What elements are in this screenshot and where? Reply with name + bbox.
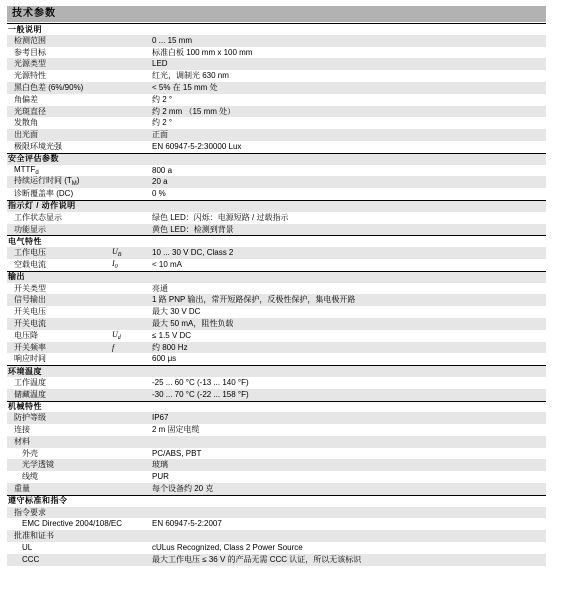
- table-row: 信号输出1 路 PNP 输出，常开短路保护，反极性保护，集电极开路: [7, 294, 546, 306]
- row-label: 空载电流: [7, 259, 112, 271]
- row-label: 防护等级: [7, 412, 112, 424]
- row-value: 约 2 mm （15 mm 处）: [152, 106, 546, 118]
- table-row: 线缆PUR: [7, 471, 546, 483]
- table-row: 诊断覆盖率 (DC)0 %: [7, 188, 546, 200]
- row-label: 光学透镜: [7, 459, 112, 471]
- table-row: 光学透镜玻璃: [7, 459, 546, 471]
- table-row: 响应时间600 μs: [7, 353, 546, 365]
- row-label: 光斑直径: [7, 106, 112, 118]
- row-label: 重量: [7, 483, 112, 495]
- table-row: 材料: [7, 436, 546, 448]
- datasheet-title-bar: 技术参数: [7, 6, 546, 22]
- section-header: 遵守标准和指令: [7, 495, 546, 507]
- row-label: 批准和证书: [7, 530, 112, 542]
- table-row: 角偏差约 2 °: [7, 94, 546, 106]
- table-row: 工作温度-25 ... 60 °C (-13 ... 140 °F): [7, 377, 546, 389]
- row-symbol-subscript: B: [118, 252, 122, 258]
- row-symbol: Ud: [112, 330, 152, 342]
- table-row: 持续运行时间 (TM)20 a: [7, 176, 546, 188]
- table-row: 功能显示黄色 LED：检测到背景: [7, 224, 546, 236]
- row-label: 储藏温度: [7, 389, 112, 401]
- row-label: 参考目标: [7, 47, 112, 59]
- row-label: CCC: [7, 554, 112, 566]
- section-header: 机械特性: [7, 401, 546, 413]
- row-value: 标准白板 100 mm x 100 mm: [152, 47, 546, 59]
- section-title: 遵守标准和指令: [7, 495, 68, 506]
- row-value: EN 60947-5-2:30000 Lux: [152, 141, 546, 153]
- table-row: 出光面正面: [7, 129, 546, 141]
- table-row: MTTFd800 a: [7, 165, 546, 177]
- row-label: 材料: [7, 436, 112, 448]
- table-row: 重量每个设备约 20 克: [7, 483, 546, 495]
- row-value: 约 2 °: [152, 94, 546, 106]
- row-label: 连接: [7, 424, 112, 436]
- section-header: 环境温度: [7, 365, 546, 377]
- row-value: 最大 30 V DC: [152, 306, 546, 318]
- row-value: IP67: [152, 412, 546, 424]
- table-row: 储藏温度-30 ... 70 °C (-22 ... 158 °F): [7, 389, 546, 401]
- table-row: 批准和证书: [7, 530, 546, 542]
- row-value: 玻璃: [152, 459, 546, 471]
- row-value: 每个设备约 20 克: [152, 483, 546, 495]
- row-value: 黄色 LED：检测到背景: [152, 224, 546, 236]
- row-label: 信号输出: [7, 294, 112, 306]
- row-label: 发散角: [7, 117, 112, 129]
- table-row: 连接2 m 固定电缆: [7, 424, 546, 436]
- row-label: 电压降: [7, 330, 112, 342]
- row-symbol: f: [112, 342, 152, 354]
- row-label: 持续运行时间 (TM): [7, 176, 112, 188]
- row-value: 最大 50 mA，阻性负载: [152, 318, 546, 330]
- table-row: 指令要求: [7, 507, 546, 519]
- row-value: EN 60947-5-2:2007: [152, 518, 546, 530]
- row-value: 亮通: [152, 283, 546, 295]
- row-label: 角偏差: [7, 94, 112, 106]
- row-value: cULus Recognized, Class 2 Power Source: [152, 542, 546, 554]
- row-value: 约 800 Hz: [152, 342, 546, 354]
- row-symbol-subscript: 0: [115, 264, 118, 270]
- table-row: 开关频率f约 800 Hz: [7, 342, 546, 354]
- table-row: 开关电压最大 30 V DC: [7, 306, 546, 318]
- row-value: 800 a: [152, 165, 546, 177]
- row-label-subscript: M: [72, 181, 77, 187]
- row-value: PC/ABS, PBT: [152, 448, 546, 460]
- row-label: 开关类型: [7, 283, 112, 295]
- row-value: 20 a: [152, 176, 546, 188]
- table-row: 工作电压UB10 ... 30 V DC, Class 2: [7, 247, 546, 259]
- row-label: 检测范围: [7, 35, 112, 47]
- row-value: 最大工作电压 ≤ 36 V 的产品无需 CCC 认证，所以无该标识: [152, 554, 546, 566]
- section-header: 指示灯 / 动作说明: [7, 200, 546, 212]
- section-header: 电气特性: [7, 235, 546, 247]
- row-label: 出光面: [7, 129, 112, 141]
- table-row: EMC Directive 2004/108/ECEN 60947-5-2:20…: [7, 518, 546, 530]
- row-symbol: I0: [112, 259, 152, 271]
- section-title: 电气特性: [7, 236, 42, 247]
- table-row: 光源特性红光，调制光 630 nm: [7, 70, 546, 82]
- row-label: 极限环境光强: [7, 141, 112, 153]
- table-row: 光源类型LED: [7, 58, 546, 70]
- row-label: 黑白色差 (6%/90%): [7, 82, 112, 94]
- row-symbol: UB: [112, 247, 152, 259]
- table-row: 电压降Ud≤ 1.5 V DC: [7, 330, 546, 342]
- row-value: -30 ... 70 °C (-22 ... 158 °F): [152, 389, 546, 401]
- row-value: 1 路 PNP 输出，常开短路保护，反极性保护，集电极开路: [152, 294, 546, 306]
- spec-table: 一般说明检测范围0 ... 15 mm参考目标标准白板 100 mm x 100…: [7, 23, 546, 566]
- row-label: 响应时间: [7, 353, 112, 365]
- section-header: 安全评估参数: [7, 153, 546, 165]
- table-row: 检测范围0 ... 15 mm: [7, 35, 546, 47]
- row-value: LED: [152, 58, 546, 70]
- row-value: 0 ... 15 mm: [152, 35, 546, 47]
- row-value: PUR: [152, 471, 546, 483]
- row-value: 正面: [152, 129, 546, 141]
- section-title: 指示灯 / 动作说明: [7, 200, 76, 211]
- row-label: 指令要求: [7, 507, 112, 519]
- row-value: 0 %: [152, 188, 546, 200]
- section-title: 一般说明: [7, 24, 42, 35]
- section-title: 机械特性: [7, 401, 42, 412]
- page-title: 技术参数: [12, 8, 56, 19]
- table-row: ULcULus Recognized, Class 2 Power Source: [7, 542, 546, 554]
- section-title: 输出: [7, 271, 25, 282]
- table-row: 开关电流最大 50 mA，阻性负载: [7, 318, 546, 330]
- row-value: 绿色 LED：闪烁：电源短路 / 过载指示: [152, 212, 546, 224]
- table-row: 空载电流I0< 10 mA: [7, 259, 546, 271]
- table-row: 极限环境光强EN 60947-5-2:30000 Lux: [7, 141, 546, 153]
- table-row: CCC最大工作电压 ≤ 36 V 的产品无需 CCC 认证，所以无该标识: [7, 554, 546, 566]
- row-value: < 10 mA: [152, 259, 546, 271]
- table-row: 光斑直径约 2 mm （15 mm 处）: [7, 106, 546, 118]
- row-label: UL: [7, 542, 112, 554]
- row-label: 开关频率: [7, 342, 112, 354]
- row-label: 工作温度: [7, 377, 112, 389]
- row-label: 开关电流: [7, 318, 112, 330]
- row-label: 外壳: [7, 448, 112, 460]
- row-value: < 5% 在 15 mm 处: [152, 82, 546, 94]
- row-label: MTTFd: [7, 165, 112, 177]
- table-row: 开关类型亮通: [7, 283, 546, 295]
- row-label: 诊断覆盖率 (DC): [7, 188, 112, 200]
- row-label: 光源特性: [7, 70, 112, 82]
- row-value: 600 μs: [152, 353, 546, 365]
- table-row: 黑白色差 (6%/90%)< 5% 在 15 mm 处: [7, 82, 546, 94]
- table-row: 工作状态显示绿色 LED：闪烁：电源短路 / 过载指示: [7, 212, 546, 224]
- row-value: 2 m 固定电缆: [152, 424, 546, 436]
- table-row: 参考目标标准白板 100 mm x 100 mm: [7, 47, 546, 59]
- section-title: 环境温度: [7, 366, 42, 377]
- row-value: 约 2 °: [152, 117, 546, 129]
- row-label-subscript: d: [35, 170, 38, 176]
- section-header: 输出: [7, 271, 546, 283]
- row-value: ≤ 1.5 V DC: [152, 330, 546, 342]
- row-value: 红光，调制光 630 nm: [152, 70, 546, 82]
- row-label: 线缆: [7, 471, 112, 483]
- row-symbol-subscript: d: [118, 335, 121, 341]
- row-label: 光源类型: [7, 58, 112, 70]
- datasheet-page: 技术参数 一般说明检测范围0 ... 15 mm参考目标标准白板 100 mm …: [0, 0, 570, 593]
- table-row: 防护等级IP67: [7, 412, 546, 424]
- row-label: 开关电压: [7, 306, 112, 318]
- row-label: 工作电压: [7, 247, 112, 259]
- table-row: 外壳PC/ABS, PBT: [7, 448, 546, 460]
- row-value: -25 ... 60 °C (-13 ... 140 °F): [152, 377, 546, 389]
- row-label: 工作状态显示: [7, 212, 112, 224]
- table-row: 发散角约 2 °: [7, 117, 546, 129]
- row-value: 10 ... 30 V DC, Class 2: [152, 247, 546, 259]
- row-label: 功能显示: [7, 224, 112, 236]
- row-label: EMC Directive 2004/108/EC: [7, 518, 112, 530]
- section-title: 安全评估参数: [7, 153, 59, 164]
- section-header: 一般说明: [7, 23, 546, 35]
